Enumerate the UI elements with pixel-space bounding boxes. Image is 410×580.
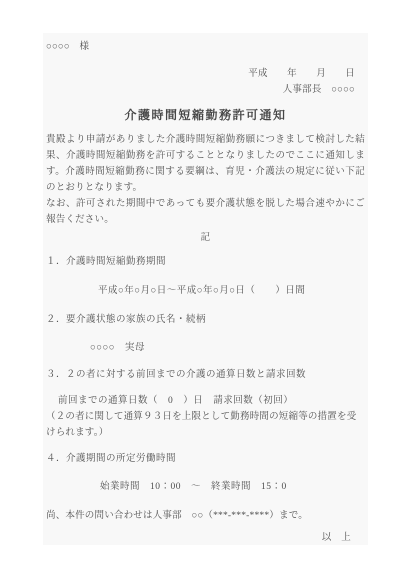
body-paragraph-1: 貴殿より申請がありました介護時間短縮勤務願につきまして検討した結果、介護時間短縮… [46, 132, 365, 196]
contact-line: 尚、本件の問い合わせは人事部 ○○（***-***-****）まで。 [46, 508, 365, 524]
date-line: 平成 年 月 日 [46, 66, 355, 82]
section-4-heading: ４．介護期間の所定労働時間 [46, 451, 365, 467]
section-2-heading: ２．要介護状態の家族の氏名・続柄 [46, 312, 365, 328]
section-3-note: （２の者に関して通算９３日を上限として勤務時間の短縮等の措置を受けられます。） [46, 409, 365, 441]
record-marker: 記 [46, 230, 365, 246]
section-3-heading: ３．２の者に対する前回までの介護の通算日数と請求回数 [46, 367, 365, 383]
sender-line: 人事部長 ○○○○ [46, 82, 355, 98]
body-paragraph-2: なお、許可された期間中であっても要介護状態を脱した場合速やかにご報告ください。 [46, 196, 365, 228]
closing: 以 上 [46, 530, 365, 546]
page: ○○○○ 様 平成 年 月 日 人事部長 ○○○○ 介護時間短縮勤務許可通知 貴… [0, 0, 410, 580]
section-2-detail: ○○○○ 実母 [90, 340, 365, 356]
section-3-detail: 前回までの通算日数（ 0 ）日 請求回数（初回） [58, 393, 365, 409]
header-right-block: 平成 年 月 日 人事部長 ○○○○ [46, 66, 365, 98]
document-sheet: ○○○○ 様 平成 年 月 日 人事部長 ○○○○ 介護時間短縮勤務許可通知 貴… [43, 33, 368, 545]
page-title: 介護時間短縮勤務許可通知 [46, 106, 365, 124]
addressee: ○○○○ 様 [46, 39, 365, 55]
section-1-heading: １．介護時間短縮勤務期間 [46, 254, 365, 270]
section-1-detail: 平成○年○月○日～平成○年○月○日（ ）日間 [98, 283, 365, 299]
section-4-detail: 始業時間 10：00 ～ 終業時間 15：0 [100, 479, 365, 495]
